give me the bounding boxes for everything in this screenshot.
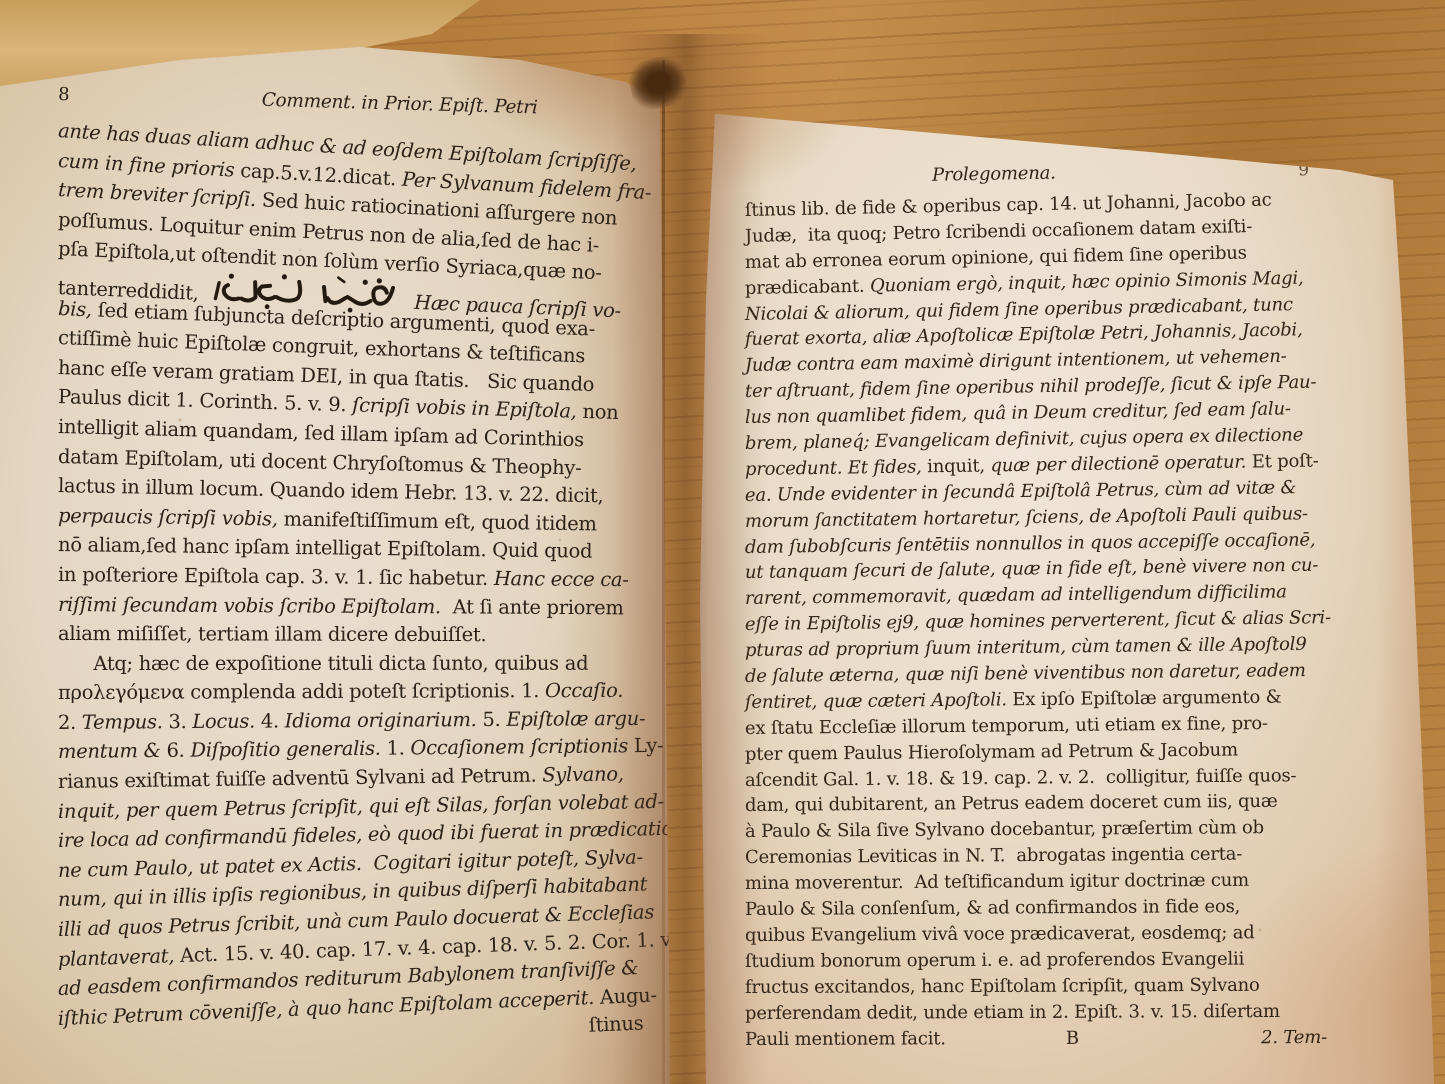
text-line: mina moverentur. Ad teſtificandum igitur… [745, 867, 1393, 897]
left-page-text: 8 Comment. in Prior. Epiſt. Petri ante h… [58, 84, 660, 1063]
right-text-block: ſtinus lib. de fide & operibus cap. 14. … [745, 198, 1393, 1027]
last-line-text: Pauli mentionem facit. [745, 1026, 946, 1053]
right-page-text: Prolegomena. 9 ſtinus lib. de fide & ope… [745, 168, 1393, 1052]
text-line: riſſimi ſecundam vobis ſcribo Epiſtolam.… [58, 590, 660, 623]
text-line: quibus Evangelium vivâ voce prædicaverat… [745, 919, 1393, 948]
right-page: Prolegomena. 9 ſtinus lib. de fide & ope… [640, 0, 1445, 1084]
text-line: aliam miſiſſet, tertiam illam dicere deb… [58, 619, 660, 650]
text-line: ſtudium bonorum operum i. e. ad proferen… [745, 946, 1393, 975]
text-line: Paulo & Sila conſenſum, & ad confirmando… [745, 893, 1393, 923]
left-running-title: Comment. in Prior. Epiſt. Petri [69, 84, 660, 121]
right-catchword: 2. Tem- [1261, 1024, 1327, 1050]
left-page-number: 8 [58, 84, 70, 105]
right-last-line: Pauli mentionem facit. B 2. Tem- [745, 1024, 1393, 1052]
text-line: προλεγόμενα complenda addi poteſt ſcript… [58, 676, 660, 708]
text-line: Atq; hæc de expoſitione tituli dicta ſun… [58, 648, 660, 678]
text-line: perferendam dedit, unde etiam in 2. Epiſ… [745, 998, 1393, 1026]
book-photo: 8 Comment. in Prior. Epiſt. Petri ante h… [0, 0, 1445, 1084]
left-page: 8 Comment. in Prior. Epiſt. Petri ante h… [0, 0, 680, 1084]
left-text-block: ante has duas aliam adhuc & ad eoſdem Ep… [58, 116, 660, 1033]
text-line: fructus excitandos, hanc Epiſtolam ſcrip… [745, 972, 1393, 1001]
signature-mark: B [1066, 1025, 1079, 1051]
right-running-title: Prolegomena. [745, 157, 1393, 189]
right-page-number: 9 [1298, 160, 1309, 180]
